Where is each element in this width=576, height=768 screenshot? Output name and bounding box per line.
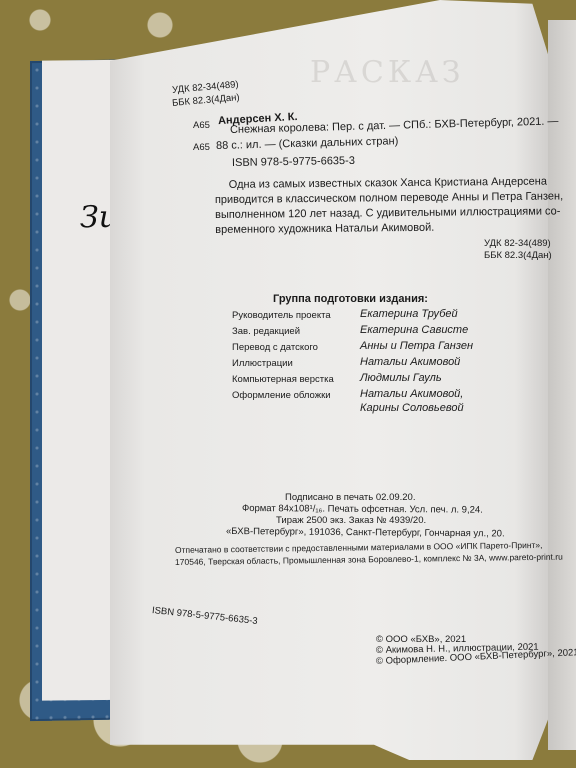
- udk-bottom: УДК 82-34(489): [484, 238, 551, 249]
- staff-name: Екатерина Трубей: [360, 308, 458, 320]
- staff-role: Иллюстрации: [232, 358, 293, 369]
- staff-role: Компьютерная верстка: [232, 374, 334, 385]
- staff-name: Анны и Петра Ганзен: [360, 340, 473, 352]
- isbn-top: ISBN 978-5-9775-6635-3: [232, 155, 355, 169]
- imprint-format: Формат 84x108¹/₁₆. Печать офсетная. Усл.…: [242, 503, 483, 516]
- staff-heading: Группа подготовки издания:: [273, 293, 428, 305]
- staff-role: Перевод с датского: [232, 342, 318, 353]
- staff-name: Натальи Акимовой: [360, 356, 460, 368]
- staff-role: Зав. редакцией: [232, 326, 300, 337]
- annotation: Одна из самых известных сказок Ханса Кри…: [215, 174, 564, 238]
- staff-role: Руководитель проекта: [232, 310, 331, 321]
- imprint-print-run: Тираж 2500 экз. Заказ № 4939/20.: [276, 515, 426, 526]
- staff-name: Карины Соловьевой: [360, 402, 464, 414]
- staff-name: Людмилы Гауль: [360, 372, 442, 384]
- staff-role: Оформление обложки: [232, 390, 331, 401]
- staff-row: Карины Соловьевой: [232, 404, 572, 420]
- bbk-bottom: ББК 82.3(4Дан): [484, 250, 552, 261]
- copyright-block: © ООО «БХВ», 2021 © Акимова Н. Н., иллюс…: [376, 634, 576, 667]
- staff-name: Натальи Акимовой,: [360, 388, 463, 400]
- index-code-1: А65: [193, 120, 210, 131]
- show-through-text: РАСКАЗ: [310, 55, 465, 90]
- staff-name: Екатерина Сависте: [360, 324, 468, 336]
- index-code-2: А65: [193, 142, 210, 153]
- staff-list: Руководитель проекта Екатерина Трубей За…: [232, 310, 572, 440]
- imprint-signed: Подписано в печать 02.09.20.: [285, 492, 415, 503]
